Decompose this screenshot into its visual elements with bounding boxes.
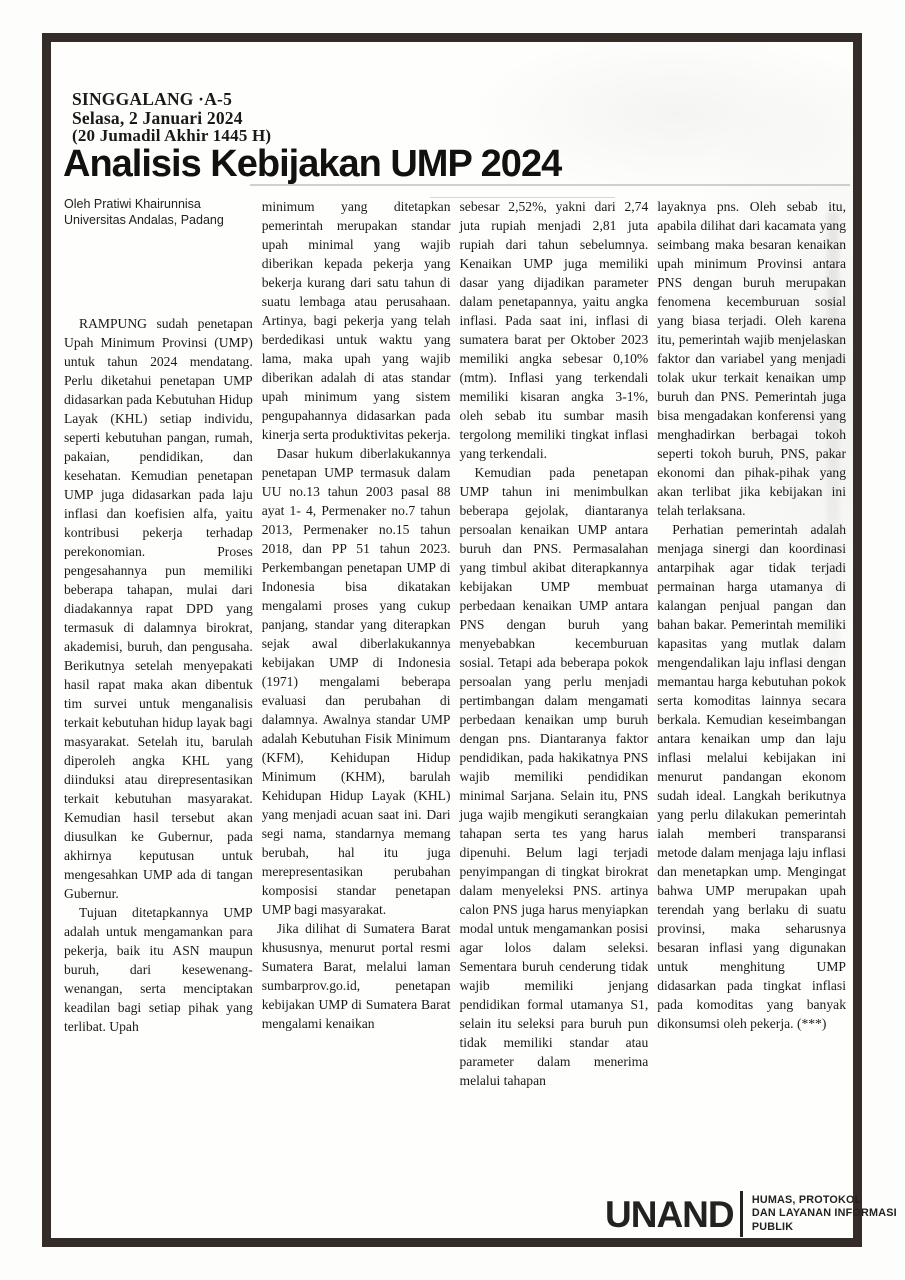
masthead: SINGGALANG ·A-5 Selasa, 2 Januari 2024 (… [72, 90, 271, 146]
paragraph: sebesar 2,52%, yakni dari 2,74 juta rupi… [460, 197, 649, 463]
paragraph: Perhatian pemerintah adalah menjaga sine… [657, 520, 846, 1033]
article-body: Oleh Pratiwi Khairunnisa Universitas And… [64, 197, 846, 1090]
article-column-1: Oleh Pratiwi Khairunnisa Universitas And… [64, 197, 253, 1090]
byline-affiliation: Universitas Andalas, Padang [64, 213, 253, 229]
newspaper-clipping-scan: SINGGALANG ·A-5 Selasa, 2 Januari 2024 (… [0, 0, 905, 1280]
publication-name: SINGGALANG ·A-5 [72, 90, 271, 109]
article-column-3: sebesar 2,52%, yakni dari 2,74 juta rupi… [460, 197, 649, 1090]
article-title: Analisis Kebijakan UMP 2024 [63, 143, 561, 186]
byline: Oleh Pratiwi Khairunnisa Universitas And… [64, 197, 253, 228]
footer-department-line1: HUMAS, PROTOKOL [752, 1194, 905, 1208]
footer-logo: UNAND HUMAS, PROTOKOL DAN LAYANAN INFORM… [605, 1191, 905, 1237]
paragraph: RAMPUNG sudah penetapan Upah Minimum Pro… [64, 314, 253, 903]
logo-divider-bar [740, 1191, 743, 1237]
paragraph: Kemudian pada penetapan UMP tahun ini me… [460, 463, 649, 1090]
byline-author: Oleh Pratiwi Khairunnisa [64, 197, 253, 213]
paragraph: minimum yang ditetapkan pemerintah merup… [262, 197, 451, 444]
paragraph: Tujuan ditetapkannya UMP adalah untuk me… [64, 903, 253, 1036]
paragraph: Dasar hukum diberlakukannya penetapan UM… [262, 444, 451, 919]
unand-wordmark: UNAND [605, 1196, 734, 1233]
paragraph: Jika dilihat di Sumatera Barat khususnya… [262, 919, 451, 1033]
footer-department: HUMAS, PROTOKOL DAN LAYANAN INFORMASI PU… [752, 1194, 905, 1235]
article-column-4: layaknya pns. Oleh sebab itu, apabila di… [657, 197, 846, 1090]
article-column-2: minimum yang ditetapkan pemerintah merup… [262, 197, 451, 1090]
footer-department-line2: DAN LAYANAN INFORMASI PUBLIK [752, 1207, 905, 1234]
publication-date: Selasa, 2 Januari 2024 [72, 109, 271, 128]
paragraph: layaknya pns. Oleh sebab itu, apabila di… [657, 197, 846, 520]
